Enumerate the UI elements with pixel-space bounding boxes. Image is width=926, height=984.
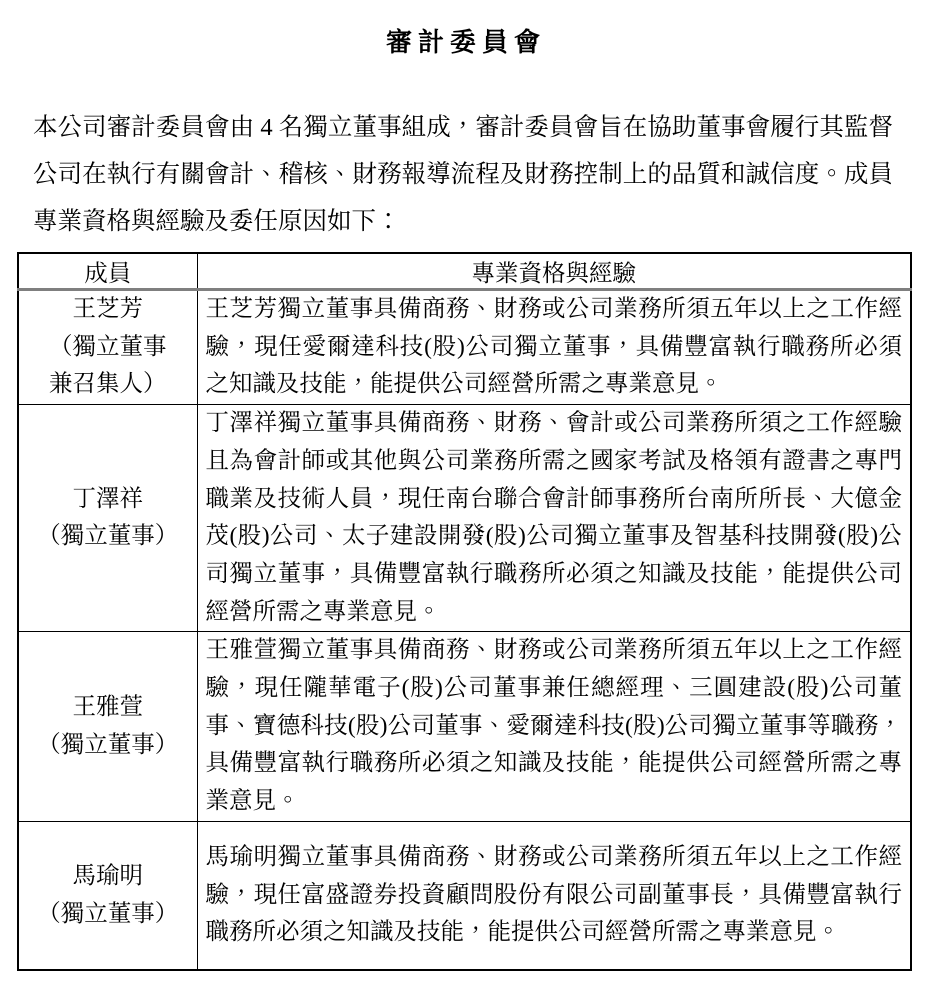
table-row: 王芝芳 （獨立董事 兼召集人） 王芝芳獨立董事具備商務、財務或公司業務所須五年以… <box>18 290 911 405</box>
qualification-cell: 王雅萱獨立董事具備商務、財務或公司業務所須五年以上之工作經驗，現任隴華電子(股)… <box>197 632 911 822</box>
member-name-cell: 丁澤祥 （獨立董事） <box>18 405 197 632</box>
member-name-cell: 馬瑜明 （獨立董事） <box>18 821 197 970</box>
table-header-row: 成員 專業資格與經驗 <box>18 253 911 290</box>
table-row: 王雅萱 （獨立董事） 王雅萱獨立董事具備商務、財務或公司業務所須五年以上之工作經… <box>18 632 911 822</box>
column-header-qualification: 專業資格與經驗 <box>197 253 911 290</box>
page-title: 審計委員會 <box>0 0 926 59</box>
intro-paragraph: 本公司審計委員會由 4 名獨立董事組成，審計委員會旨在協助董事會履行其監督公司在… <box>33 104 893 245</box>
member-name-cell: 王雅萱 （獨立董事） <box>18 632 197 822</box>
document-page: 審計委員會 本公司審計委員會由 4 名獨立董事組成，審計委員會旨在協助董事會履行… <box>0 0 926 984</box>
qualification-cell: 丁澤祥獨立董事具備商務、財務、會計或公司業務所須之工作經驗且為會計師或其他與公司… <box>197 405 911 632</box>
members-table: 成員 專業資格與經驗 王芝芳 （獨立董事 兼召集人） 王芝芳獨立董事具備商務、財… <box>17 252 912 971</box>
qualification-cell: 馬瑜明獨立董事具備商務、財務或公司業務所須五年以上之工作經驗，現任富盛證券投資顧… <box>197 821 911 970</box>
qualification-cell: 王芝芳獨立董事具備商務、財務或公司業務所須五年以上之工作經驗，現任愛爾達科技(股… <box>197 290 911 405</box>
member-name-cell: 王芝芳 （獨立董事 兼召集人） <box>18 290 197 405</box>
table-row: 馬瑜明 （獨立董事） 馬瑜明獨立董事具備商務、財務或公司業務所須五年以上之工作經… <box>18 821 911 970</box>
column-header-member: 成員 <box>18 253 197 290</box>
table-row: 丁澤祥 （獨立董事） 丁澤祥獨立董事具備商務、財務、會計或公司業務所須之工作經驗… <box>18 405 911 632</box>
